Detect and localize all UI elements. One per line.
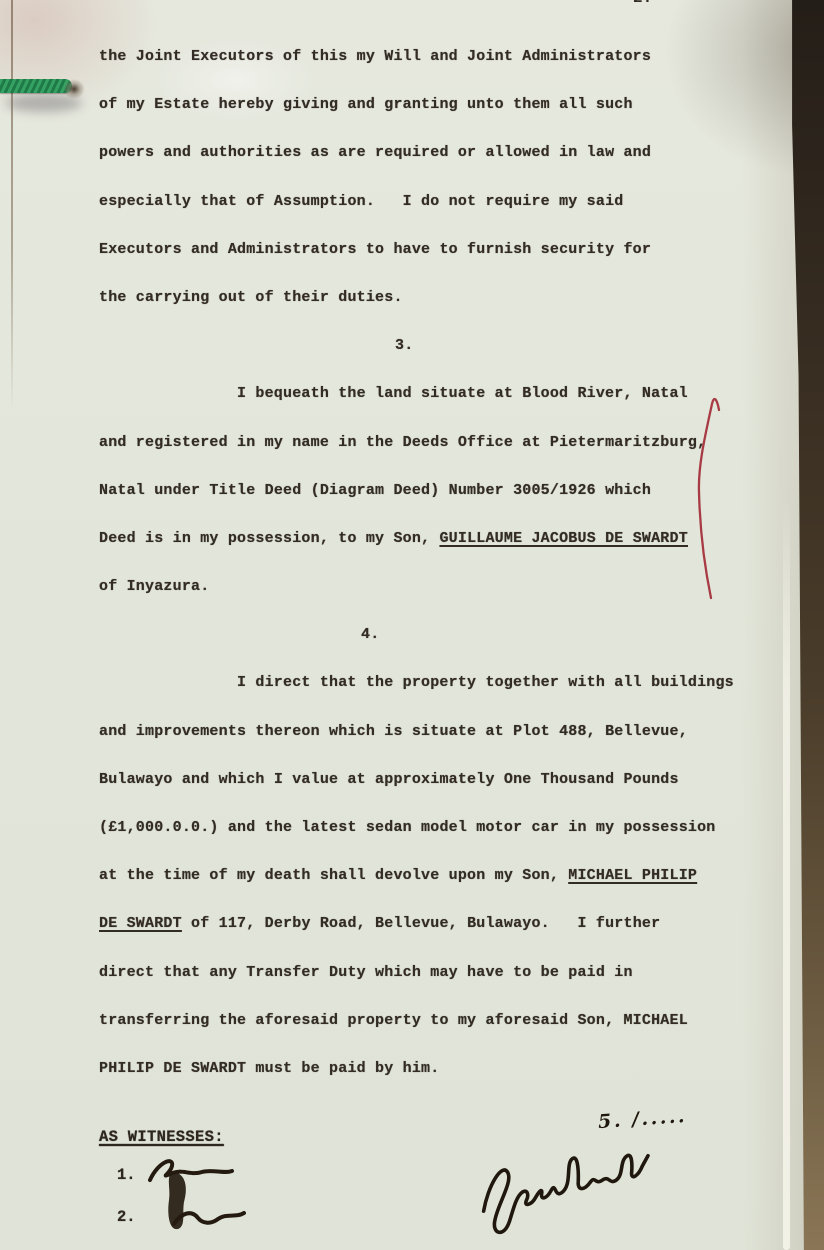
witness-signature-1-icon [150, 1161, 232, 1180]
document-line-heir-michael: at the time of my death shall devolve up… [99, 864, 729, 912]
line-segment: PHILIP DE SWARDT must be paid by him. [99, 1060, 439, 1077]
witness-signatures-and-ink-blot [130, 1150, 300, 1248]
heir-name-underlined: GUILLAUME JACOBUS DE SWARDT [439, 530, 687, 547]
paper-edge-highlight [783, 500, 790, 1250]
line-segment: of Inyazura. [99, 578, 209, 595]
document-line: PHILIP DE SWARDT must be paid by him. [99, 1057, 729, 1105]
binding-hole-icon [63, 79, 85, 99]
line-segment: and registered in my name in the Deeds O… [99, 434, 706, 451]
typewritten-text-block: the Joint Executors of this my Will and … [99, 45, 729, 1105]
document-line: of Inyazura. [99, 575, 729, 623]
line-segment: direct that any Transfer Duty which may … [99, 964, 633, 981]
line-segment: the carrying out of their duties. [99, 289, 403, 306]
line-segment: Natal under Title Deed (Diagram Deed) Nu… [99, 482, 651, 499]
line-segment: Executors and Administrators to have to … [99, 241, 651, 258]
clause-number-4: 4. [99, 623, 729, 671]
document-line: and improvements thereon which is situat… [99, 720, 729, 768]
line-segment: transferring the aforesaid property to m… [99, 1012, 688, 1029]
line-segment: powers and authorities as are required o… [99, 144, 651, 161]
document-line: Natal under Title Deed (Diagram Deed) Nu… [99, 479, 729, 527]
witnesses-heading: AS WITNESSES: [99, 1128, 224, 1146]
document-line: I direct that the property together with… [99, 671, 729, 719]
line-segment: the Joint Executors of this my Will and … [99, 48, 651, 65]
document-line: Executors and Administrators to have to … [99, 238, 729, 286]
line-segment: 3. [395, 337, 413, 354]
document-line: especially that of Assumption. I do not … [99, 190, 729, 238]
red-margin-mark-icon [688, 392, 733, 607]
document-line: (£1,000.0.0.) and the latest sedan model… [99, 816, 729, 864]
clause-number-3: 3. [99, 334, 729, 382]
document-line-heir-guillaume: Deed is in my possession, to my Son, GUI… [99, 527, 729, 575]
document-line: of my Estate hereby giving and granting … [99, 93, 729, 141]
line-segment: Deed is in my possession, to my Son, [99, 530, 439, 547]
line-segment: especially that of Assumption. I do not … [99, 193, 623, 210]
document-line: and registered in my name in the Deeds O… [99, 431, 729, 479]
document-line-heir-michael: DE SWARDT of 117, Derby Road, Bellevue, … [99, 912, 729, 960]
line-segment: Bulawayo and which I value at approximat… [99, 771, 679, 788]
line-segment: of my Estate hereby giving and granting … [99, 96, 633, 113]
heir-name-underlined: DE SWARDT [99, 915, 182, 932]
document-line: I bequeath the land situate at Blood Riv… [99, 382, 729, 430]
line-segment: 4. [361, 626, 379, 643]
line-segment: of 117, Derby Road, Bellevue, Bulawayo. … [182, 915, 660, 932]
heir-name-underlined: MICHAEL PHILIP [568, 867, 697, 884]
paper-fold-line [11, 0, 13, 410]
line-segment: I bequeath the land situate at Blood Riv… [237, 385, 688, 402]
witness-signature-2-icon [174, 1213, 244, 1224]
green-binding-thread-icon [0, 79, 72, 93]
document-line: the carrying out of their duties. [99, 286, 729, 334]
line-segment: at the time of my death shall devolve up… [99, 867, 568, 884]
line-segment: I direct that the property together with… [237, 674, 734, 691]
document-line: transferring the aforesaid property to m… [99, 1009, 729, 1057]
document-line: the Joint Executors of this my Will and … [99, 45, 729, 93]
document-line: Bulawayo and which I value at approximat… [99, 768, 729, 816]
scanned-will-page: 2. the Joint Executors of this my Will a… [0, 0, 824, 1250]
page-number: 2. [633, 0, 652, 7]
line-segment: (£1,000.0.0.) and the latest sedan model… [99, 819, 716, 836]
line-segment: and improvements thereon which is situat… [99, 723, 688, 740]
document-line: direct that any Transfer Duty which may … [99, 961, 729, 1009]
document-line: powers and authorities as are required o… [99, 141, 729, 189]
